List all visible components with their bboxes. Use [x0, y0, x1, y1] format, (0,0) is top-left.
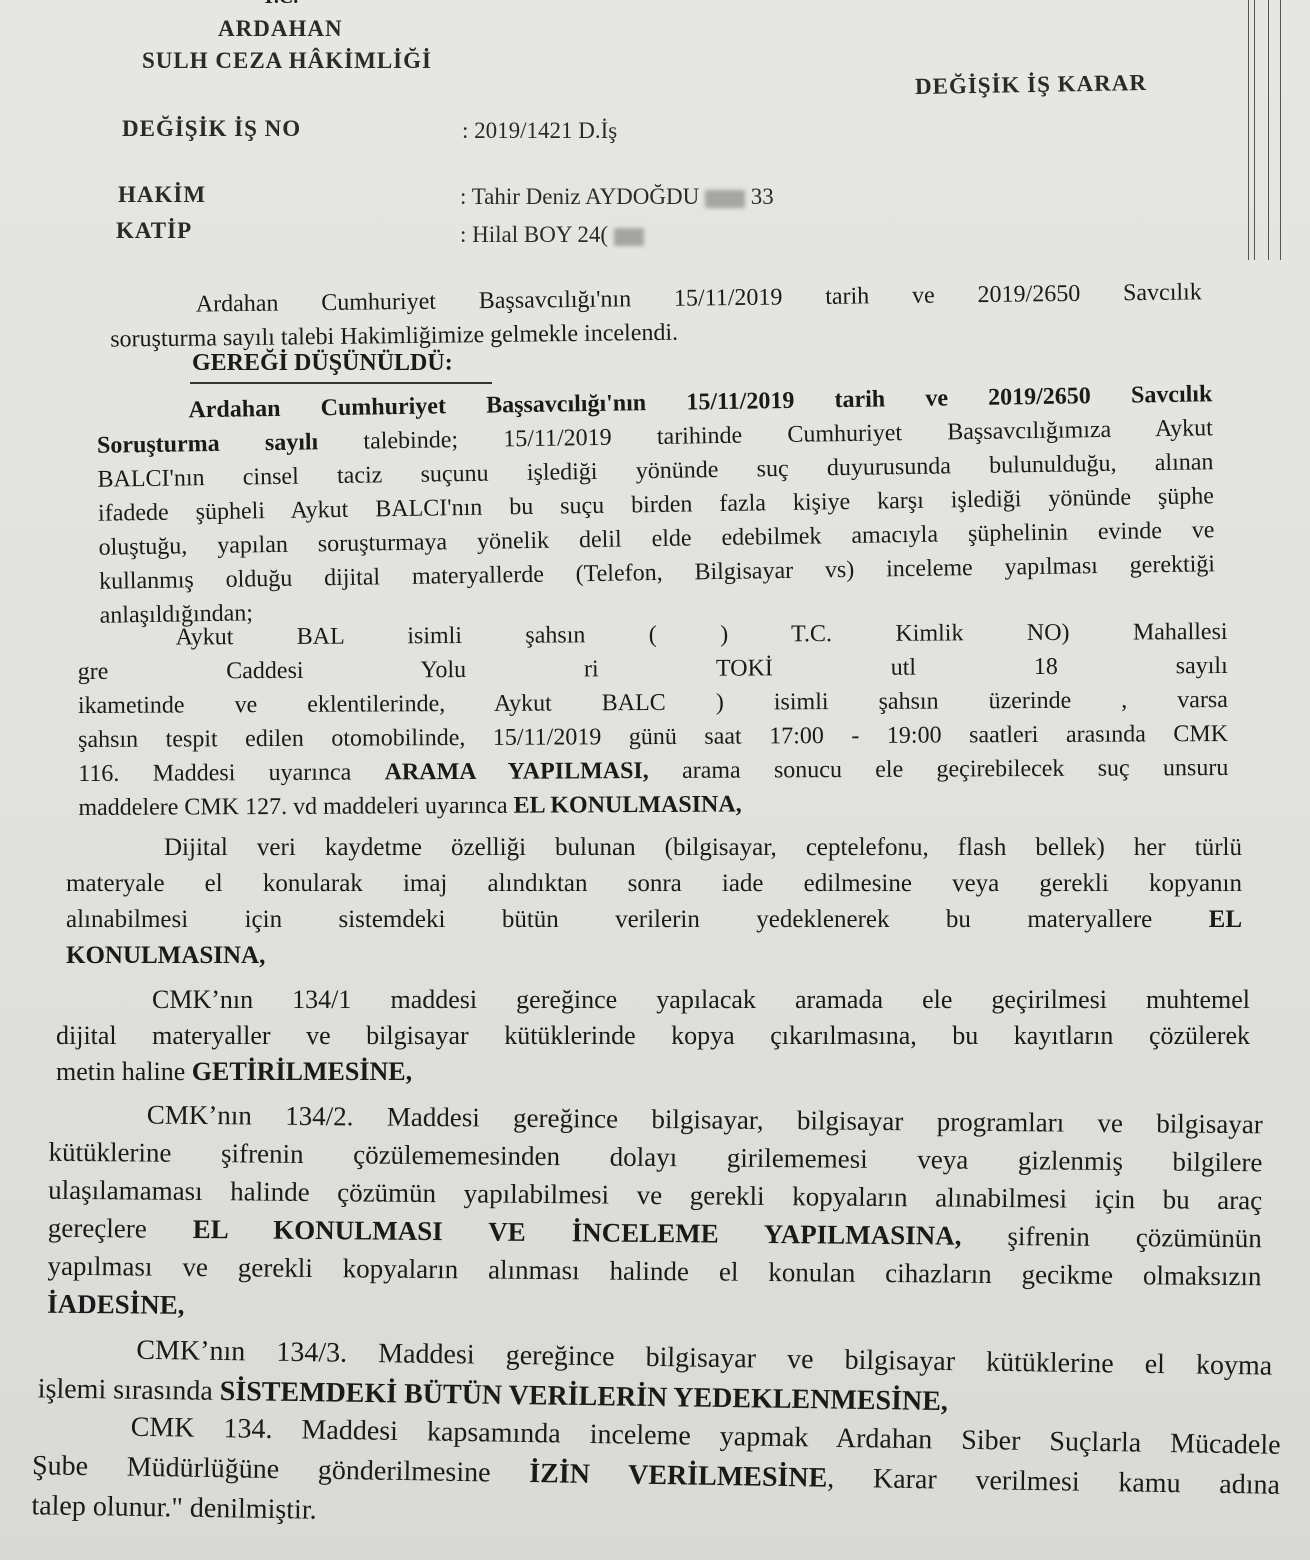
bold-text: EL KONULMASINA, [514, 792, 742, 819]
text-line: metin haline GETİRİLMESİNE, [56, 1054, 1250, 1090]
bold-text: EL [1209, 906, 1242, 933]
court-name: SULH CEZA HÂKİMLİĞİ [142, 48, 432, 74]
text-line-part: şifrenin çözümünün [1007, 1221, 1262, 1253]
paragraph-cmk-134-2: CMK’nın 134/2. Maddesi gereğince bilgisa… [47, 1095, 1263, 1334]
judge-label: HAKİM [118, 182, 206, 208]
paragraph-search-order: Aykut BAL isimli şahsın ( ) T.C. Kimlik … [77, 615, 1228, 825]
bold-text: Soruşturma sayılı [97, 429, 319, 458]
bold-text: KONULMASINA, [66, 942, 265, 969]
text-line: Dijital veri kaydetme özelliği bulunan (… [66, 830, 1242, 866]
text-line: KONULMASINA, [66, 938, 1242, 974]
text-line-part: alınabilmesi için sistemdeki bütün veril… [66, 906, 1152, 933]
judge-value: : Tahir Deniz AYDOĞDU 33 [460, 184, 774, 210]
redaction [614, 228, 644, 246]
text-line-part: , Karar verilmesi kamu adına [827, 1463, 1280, 1501]
bold-text: İZİN VERİLMESİNE [529, 1458, 828, 1494]
judge-id-suffix: 33 [751, 184, 774, 209]
heading-underline [190, 382, 492, 384]
document-page: T.C. ARDAHAN SULH CEZA HÂKİMLİĞİ DEĞİŞİK… [0, 0, 1310, 1560]
header-tc: T.C. [262, 0, 298, 9]
text-line: alınabilmesi için sistemdeki bütün veril… [66, 902, 1242, 938]
decision-heading: GEREĞİ DÜŞÜNÜLDÜ: [192, 350, 453, 377]
paragraph-digital-materials: Dijital veri kaydetme özelliği bulunan (… [66, 830, 1242, 974]
text-line: maddelere CMK 127. vd maddeleri uyarınca… [78, 785, 1228, 825]
text-line: 116. Maddesi uyarınca ARAMA YAPILMASI, a… [78, 751, 1228, 791]
intro-paragraph: Ardahan Cumhuriyet Başsavcılığı'nın 15/1… [110, 275, 1203, 356]
text-line-part: 116. Maddesi uyarınca [78, 760, 351, 787]
bold-text: GETİRİLMESİNE, [192, 1057, 412, 1086]
bold-text: İADESİNE, [47, 1289, 185, 1320]
text-line-part: maddelere CMK 127. vd maddeleri uyarınca [78, 793, 507, 821]
bold-text: ARAMA YAPILMASI, [384, 758, 648, 785]
page-edge-lines [1240, 0, 1310, 260]
court-city: ARDAHAN [218, 16, 343, 42]
bold-text: EL KONULMASI VE İNCELEME YAPILMASINA, [193, 1214, 962, 1251]
clerk-name: : Hilal BOY 24( [460, 222, 608, 247]
redaction [705, 190, 745, 208]
document-type-title: DEĞİŞİK İŞ KARAR [915, 70, 1147, 100]
text-line: materyale el konularak imaj alındıktan s… [66, 866, 1242, 902]
text-line-part: işlemi sırasında [38, 1373, 213, 1406]
text-line: dijital materyaller ve bilgisayar kütükl… [56, 1018, 1250, 1054]
clerk-label: KATİP [116, 218, 192, 244]
judge-name: : Tahir Deniz AYDOĞDU [460, 184, 699, 209]
text-line-part: Şube Müdürlüğüne gönderilmesine [32, 1450, 491, 1488]
case-no-label: DEĞİŞİK İŞ NO [122, 116, 301, 142]
text-line-part: arama sonucu ele geçirebilecek suç unsur… [682, 755, 1228, 784]
case-no-value: : 2019/1421 D.İş [462, 118, 617, 144]
clerk-value: : Hilal BOY 24( [460, 222, 644, 248]
text-line: CMK’nın 134/1 maddesi gereğince yapılaca… [56, 982, 1250, 1018]
paragraph-request: Ardahan Cumhuriyet Başsavcılığı'nın 15/1… [96, 377, 1216, 633]
paragraph-cmk-134-1: CMK’nın 134/1 maddesi gereğince yapılaca… [56, 982, 1250, 1090]
text-line-part: gereçlere [48, 1213, 147, 1244]
text-line-part: metin haline [56, 1057, 185, 1086]
paragraph-cmk-134: CMK 134. Maddesi kapsamında inceleme yap… [31, 1406, 1281, 1546]
